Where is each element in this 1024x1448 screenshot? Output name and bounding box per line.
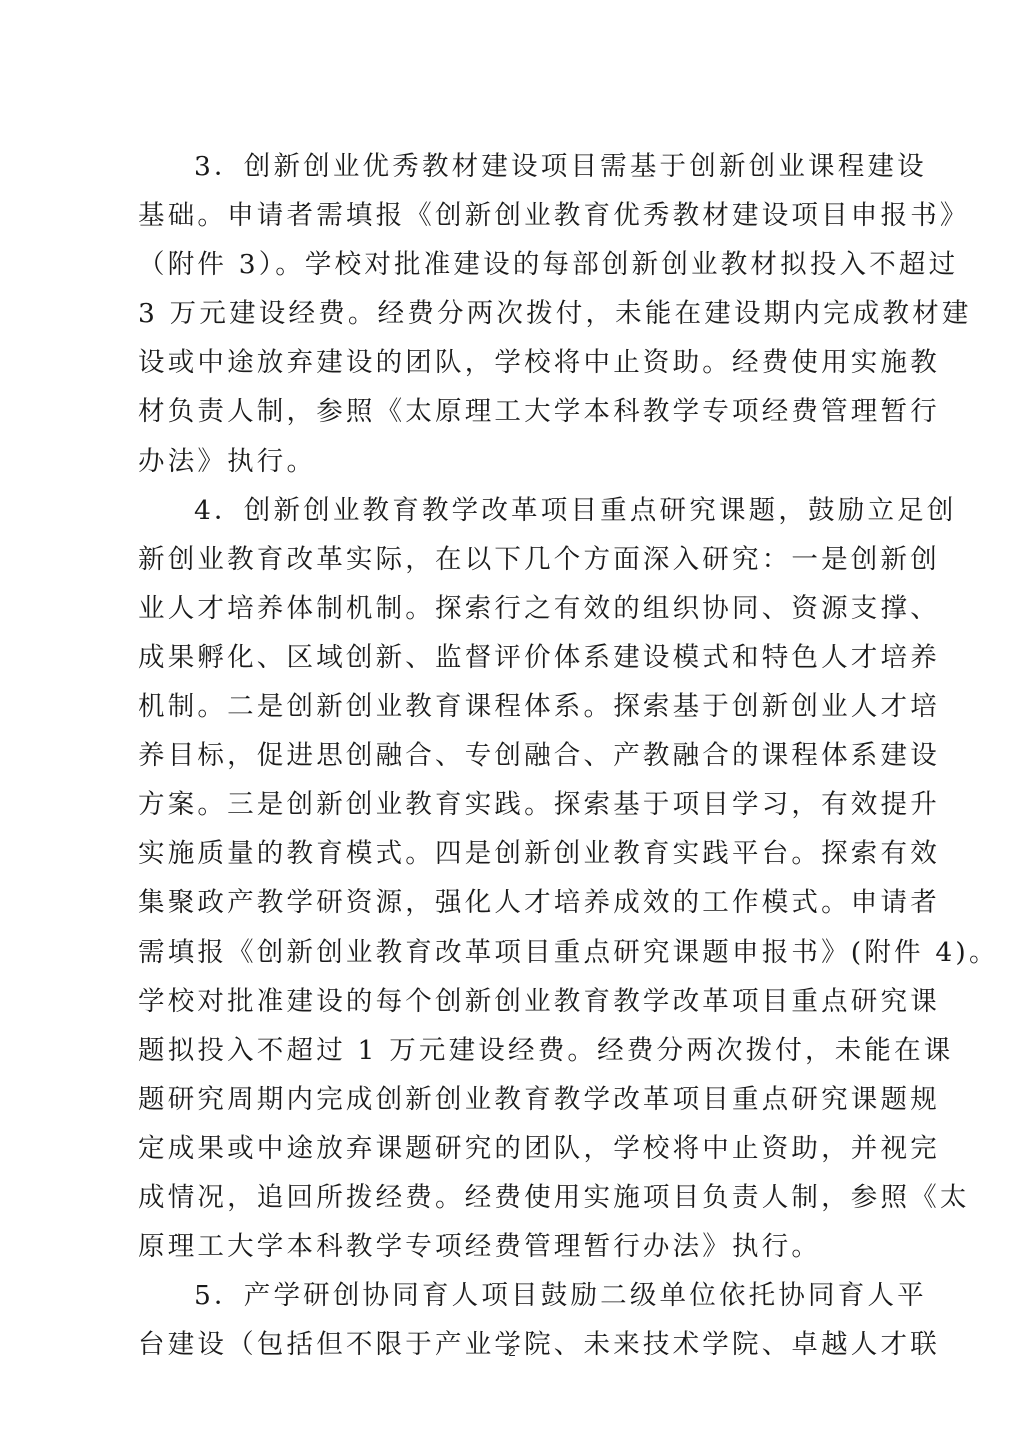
paragraph-3-line-7: 办法》执行。 <box>138 437 886 486</box>
paragraph-4-line-15: 成情况，追回所拨经费。经费使用实施项目负责人制，参照《太 <box>138 1173 886 1222</box>
paragraph-3-line-4: 3 万元建设经费。经费分两次拨付，未能在建设期内完成教材建 <box>138 289 886 338</box>
paragraph-4-line-6: 养目标，促进思创融合、专创融合、产教融合的课程体系建设 <box>138 731 886 780</box>
paragraph-4-line-13: 题研究周期内完成创新创业教育教学改革项目重点研究课题规 <box>138 1075 886 1124</box>
paragraph-4-line-2: 新创业教育改革实际，在以下几个方面深入研究：一是创新创 <box>138 535 886 584</box>
paragraph-3-line-3: （附件 3）。学校对批准建设的每部创新创业教材拟投入不超过 <box>138 240 886 289</box>
paragraph-4-line-7: 方案。三是创新创业教育实践。探索基于项目学习，有效提升 <box>138 780 886 829</box>
document-page: 3．创新创业优秀教材建设项目需基于创新创业课程建设 基础。申请者需填报《创新创业… <box>0 0 1024 1448</box>
paragraph-3-line-6: 材负责人制，参照《太原理工大学本科教学专项经费管理暂行 <box>138 387 886 436</box>
paragraph-4-line-10: 需填报《创新创业教育改革项目重点研究课题申报书》(附件 4)。 <box>138 928 886 977</box>
paragraph-4-line-11: 学校对批准建设的每个创新创业教育教学改革项目重点研究课 <box>138 977 886 1026</box>
paragraph-4-line-12: 题拟投入不超过 1 万元建设经费。经费分两次拨付，未能在课 <box>138 1026 886 1075</box>
paragraph-4-line-5: 机制。二是创新创业教育课程体系。探索基于创新创业人才培 <box>138 682 886 731</box>
paragraph-4-line-3: 业人才培养体制机制。探索行之有效的组织协同、资源支撑、 <box>138 584 886 633</box>
paragraph-3-line-5: 设或中途放弃建设的团队，学校将中止资助。经费使用实施教 <box>138 338 886 387</box>
paragraph-4-line-9: 集聚政产教学研资源，强化人才培养成效的工作模式。申请者 <box>138 878 886 927</box>
paragraph-5-line-1: 5．产学研创协同育人项目鼓励二级单位依托协同育人平 <box>138 1271 886 1320</box>
document-body: 3．创新创业优秀教材建设项目需基于创新创业课程建设 基础。申请者需填报《创新创业… <box>138 142 886 1369</box>
paragraph-4-line-4: 成果孵化、区域创新、监督评价体系建设模式和特色人才培养 <box>138 633 886 682</box>
paragraph-4-line-1: 4．创新创业教育教学改革项目重点研究课题，鼓励立足创 <box>138 486 886 535</box>
paragraph-3-line-2: 基础。申请者需填报《创新创业教育优秀教材建设项目申报书》 <box>138 191 886 240</box>
paragraph-4-line-16: 原理工大学本科教学专项经费管理暂行办法》执行。 <box>138 1222 886 1271</box>
paragraph-4-line-8: 实施质量的教育模式。四是创新创业教育实践平台。探索有效 <box>138 829 886 878</box>
paragraph-3-line-1: 3．创新创业优秀教材建设项目需基于创新创业课程建设 <box>138 142 886 191</box>
paragraph-4-line-14: 定成果或中途放弃课题研究的团队，学校将中止资助，并视完 <box>138 1124 886 1173</box>
page-number: 2 <box>0 1344 1024 1359</box>
